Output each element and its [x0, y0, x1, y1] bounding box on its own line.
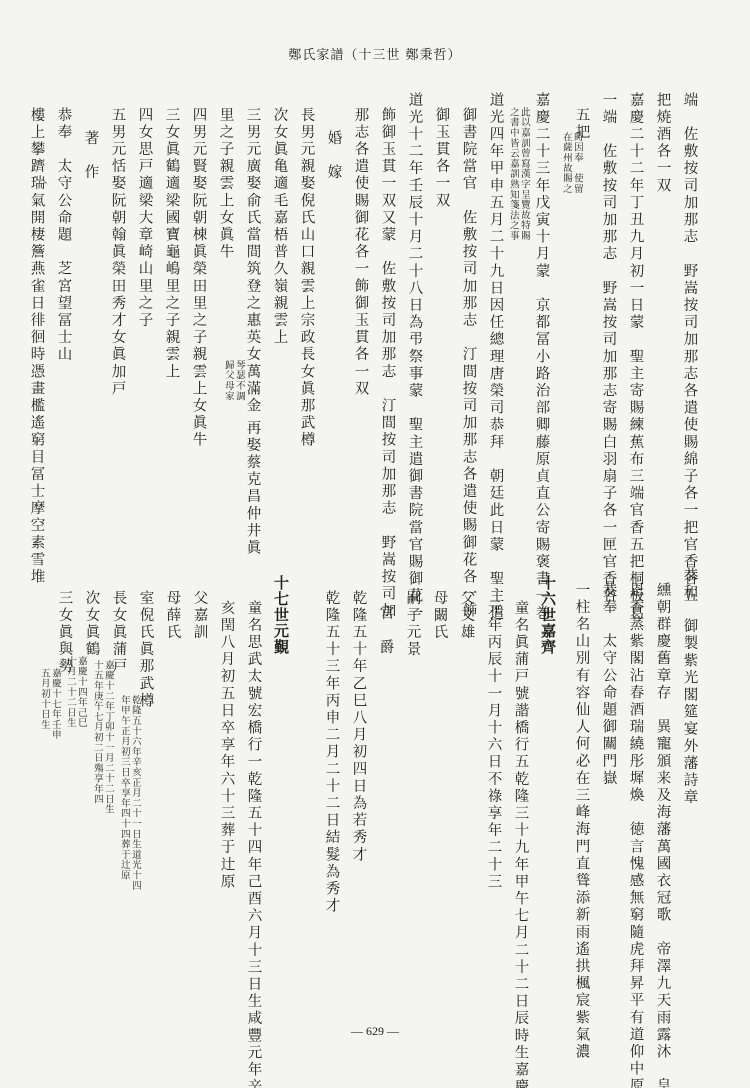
annotation-note: 時因奉 使留 在薩州故賜之	[560, 132, 582, 194]
text-column: 飾御玉貫一双又蒙 佐敷按司加那志 汀間按司加那志 野嵩按司加	[380, 107, 395, 620]
text-column: 一柱名山別有容仙人何必在三峰海門直聳添新雨遙拱楓宸紫氣濃	[574, 582, 589, 1061]
text-column: 長男元親娶倪氏山口親雲上宗政長女眞那武樽	[299, 107, 314, 449]
text-column: 父嘉訓	[192, 590, 207, 641]
text-column: 那志各遣使賜御花各一飾御玉貫各一双	[353, 107, 368, 398]
text-column: 童名眞蒲戸號諧橋行五乾隆三十九年甲午七月二十二日辰時生嘉慶	[513, 600, 528, 1088]
text-column: 次女眞鶴	[84, 590, 99, 658]
text-column: 母闞氏	[432, 590, 447, 641]
text-column: 婚 嫁	[326, 130, 341, 181]
page-number: — 629 —	[0, 1024, 750, 1039]
text-column: 四男元賢娶阮朝棟眞榮田里之子親雲上女眞牛	[191, 107, 206, 449]
text-column: 三女眞鶴適梁國寶龜嶋里之子親雲上	[164, 107, 179, 381]
annotation-note: 嘉慶十二年丁卯十一月二十二日生 十五年庚午七月初二日殤享年四	[91, 660, 113, 815]
text-column: 次女眞亀適毛嘉梧普久嶺親雲上	[272, 107, 287, 346]
generation-heading: 十七世元覲	[273, 575, 288, 655]
text-column: 恭和 御製紫光閣筵宴外藩詩章	[682, 567, 697, 806]
annotation-note: 乾隆五十六年辛亥正月二十一日生道光十四 年甲午正月初三日卒享年四十四葬于辻原	[118, 695, 140, 891]
text-column: 元年丙辰十一月十六日不祿享年二十三	[486, 600, 501, 891]
text-column: 亥閏八月初五日卒享年六十三葬于辻原	[219, 600, 234, 891]
text-column: 著 作	[83, 130, 98, 181]
text-column: 纁朝群慶舊章存 異寵頒来及海藩萬國衣冠歌 帝澤九天雨露沐 皇	[655, 582, 670, 1088]
text-column: 官 爵	[378, 605, 393, 656]
text-column: 再娶蔡克昌仲井眞	[245, 420, 260, 557]
annotation-note: 琴瑟不調 歸父母家	[222, 360, 244, 401]
text-column: 恭奉 太守公命題 芝宮望冨士山	[56, 107, 71, 364]
genealogy-page: 鄭氏家譜（十三世 鄭秉哲） 端 佐敷按司加那志 野嵩按司加那志各遣使賜綿子各一把…	[0, 0, 750, 1088]
text-column: 御玉貫各一双	[434, 107, 449, 210]
text-column: 端 佐敷按司加那志 野嵩按司加那志各遣使賜綿子各一把官香各五	[682, 92, 697, 605]
annotation-note: 此以嘉訓曾寫漢字呈覽故特賜 之書中皆云嘉訓熟知箋法之事	[507, 107, 529, 241]
text-column: 母薛氏	[165, 590, 180, 641]
text-column: 嘉慶二十二年丁丑九月初一日蒙 聖主寄賜練蕉布三端官香五把桐板葛	[628, 92, 643, 622]
text-column: 五男元恬娶阮朝翰眞榮田秀才女眞加戸	[110, 107, 125, 398]
page-header-title: 鄭氏家譜（十三世 鄭秉哲）	[0, 44, 750, 63]
text-column: 樓上攀躋瑞氣開棲簷燕雀日徘徊時憑畫檻遙窮目冨士摩空素雪堆	[29, 107, 44, 586]
text-column: 乾隆五十三年丙申二月二十二日結髮為秀才	[324, 590, 339, 915]
annotation-note: 嘉慶十七年壬申 五月初十日生	[38, 668, 60, 740]
text-column: 里之子親雲上女眞牛	[218, 107, 233, 261]
annotation-note: 嘉慶十四年己巳 十月二十二日生	[64, 656, 86, 728]
text-column: 御書院當官 佐敷按司加那志 汀間按司加那志各遣使賜御花各一飾	[461, 107, 476, 620]
text-column: 三男元廣娶俞氏當間筑登之惠英女萬滿金	[245, 107, 260, 415]
text-column: 童名思武太號宏橋行一乾隆五十四年己酉六月十三日生咸豐元年辛	[246, 600, 261, 1088]
text-column: 恩香蒸紫閣沾春酒瑞繞彤墀煥 徳言愧感無窮隨虎拜昇平有道仰中原	[628, 582, 643, 1088]
text-column: 父文雄	[459, 590, 474, 641]
text-column: 把焼酒各一双	[655, 92, 670, 195]
text-column: 道光十二年壬辰十月二十八日為弔祭事蒙 聖主遣御書院當官賜御花一	[407, 92, 422, 622]
text-column: 嘉慶二十三年戊寅十月蒙 京都冨小路治部卿藤原貞直公寄賜褒書一巻	[534, 92, 549, 622]
text-column: 一端 佐敷按司加那志 野嵩按司加那志寄賜白羽扇子各一匣官香各	[601, 92, 616, 605]
text-column: 乾隆五十年乙巳八月初四日為若秀才	[351, 590, 366, 864]
text-column: 道光四年甲申五月二十九日因任總理唐榮司恭拜 朝廷此日蒙 聖主遣	[488, 92, 503, 622]
text-column: 恭奉 太守公命題御關門嶽	[601, 582, 616, 787]
generation-heading: 十六世嘉齊	[540, 575, 555, 655]
text-column: 室倪氏眞那武樽	[138, 590, 153, 710]
text-column: 四女思戸適梁大章崎山里之子	[137, 107, 152, 329]
text-column: 嗣子元景	[405, 590, 420, 658]
